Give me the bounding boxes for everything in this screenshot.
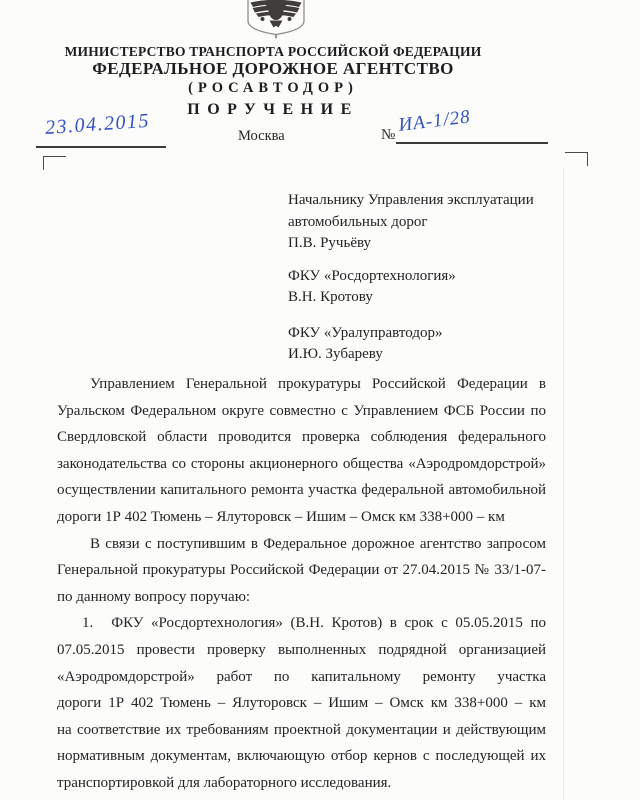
addressee-block: ФКУ «Уралуправтодор» И.Ю. Зубареву [288,323,538,366]
addressee-line: И.Ю. Зубареву [288,344,538,366]
addressee-line: ФКУ «Уралуправтодор» [288,323,538,345]
russia-coat-of-arms-icon [246,0,306,45]
body-line: 1.ФКУ «Росдортехнология» (В.Н. Кротов) в… [57,610,546,637]
body-line: Генеральной прокуратуры Российской Федер… [57,557,546,584]
body-line: дороги 1Р 402 Тюмень – Ялуторовск – Ишим… [57,504,546,531]
document-body: Управлением Генеральной прокуратуры Росс… [57,371,546,797]
addressee-line: П.В. Ручьёву [288,233,538,255]
agency-name: ФЕДЕРАЛЬНОЕ ДОРОЖНОЕ АГЕНТСТВО [0,59,546,79]
addressee-section: Начальнику Управления эксплуатации автом… [288,190,538,366]
body-line: В связи с поступившим в Федеральное доро… [57,531,546,558]
body-line: Управлением Генеральной прокуратуры Росс… [57,371,546,398]
body-line: транспортировкой для лабораторного иссле… [57,770,546,797]
addressee-block: ФКУ «Росдортехнология» В.Н. Кротову [288,266,538,309]
addressee-line: автомобильных дорог [288,212,538,234]
item-number: 1. [82,615,93,631]
addressee-line: Начальнику Управления эксплуатации [288,190,538,212]
body-line: 07.05.2015 провести проверку выполненных… [57,637,546,664]
corner-mark-right [565,152,588,166]
addressee-block: Начальнику Управления эксплуатации автом… [288,190,538,255]
number-underline [396,142,548,144]
body-line: дороги 1Р 402 Тюмень – Ялуторовск – Ишим… [57,690,546,717]
body-line: на соответствие их требованиям проектной… [57,717,546,744]
body-line: осуществлении капитального ремонта участ… [57,477,546,504]
document-page: МИНИСТЕРСТВО ТРАНСПОРТА РОССИЙСКОЙ ФЕДЕР… [0,0,640,800]
date-underline [36,146,166,148]
body-line: Уральском Федеральном округе совместно с… [57,398,546,425]
ministry-name: МИНИСТЕРСТВО ТРАНСПОРТА РОССИЙСКОЙ ФЕДЕР… [0,44,546,60]
city-name: Москва [238,128,285,145]
body-line: «Аэродромдорстрой» работ по капитальному… [57,664,546,691]
body-line: законодательства со стороны акционерного… [57,451,546,478]
addressee-line: ФКУ «Росдортехнология» [288,266,538,288]
agency-short-name: (РОСАВТОДОР) [0,80,546,97]
item-first-line-text: ФКУ «Росдортехнология» (В.Н. Кротов) в с… [111,615,546,631]
addressee-line: В.Н. Кротову [288,287,538,309]
corner-mark-left [43,156,66,170]
body-line: по данному вопросу поручаю: [57,584,546,611]
scan-fold-line [563,168,564,800]
body-line: Свердловской области проводится проверка… [57,424,546,451]
number-label: № [381,127,395,144]
body-line: нормативным документам, включающую отбор… [57,743,546,770]
